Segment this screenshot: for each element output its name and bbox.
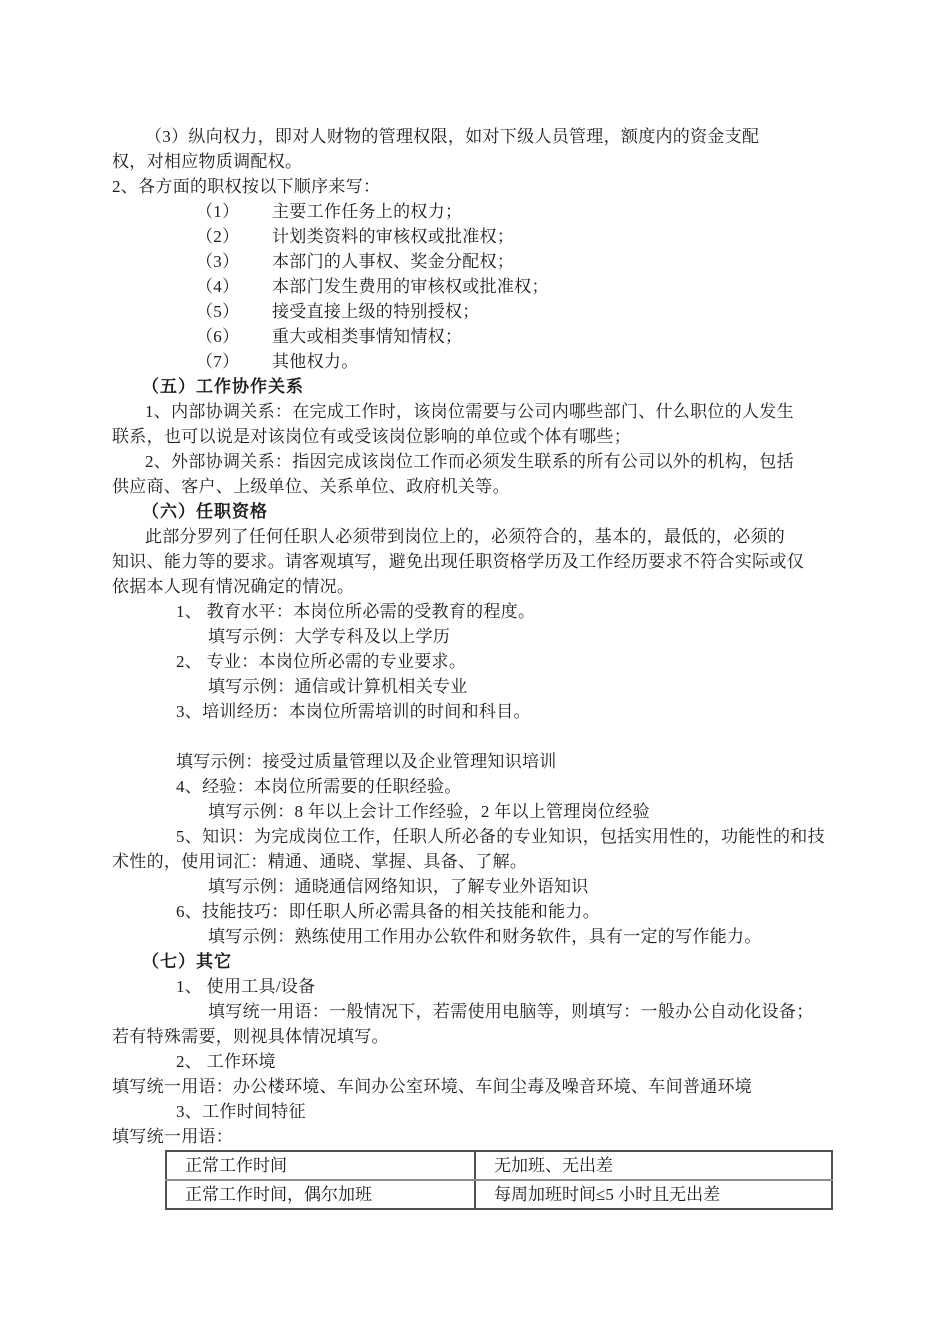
table-row: 正常工作时间无加班、无出差 [166,1151,832,1180]
text-line: 填写统一用语： [112,1124,839,1149]
table-row: 正常工作时间，偶尔加班每周加班时间≤5 小时且无出差 [166,1180,832,1209]
list-item-text: 本部门发生费用的审核权或批准权； [272,277,549,296]
text-line: 填写统一用语：办公楼环境、车间办公室环境、车间尘毒及噪音环境、车间普通环境 [112,1074,839,1099]
text-line: 4、经验：本岗位所需要的任职经验。 [112,774,839,799]
work-time-table-body: 正常工作时间无加班、无出差正常工作时间，偶尔加班每周加班时间≤5 小时且无出差 [166,1151,832,1209]
text-line: 此部分罗列了任何任职人必须带到岗位上的，必须符合的，基本的，最低的，必须的 [112,524,839,549]
text-line: 填写示例：通晓通信网络知识，了解专业外语知识 [112,874,839,899]
section-heading: （六）任职资格 [112,499,839,524]
list-item-text: 其他权力。 [272,352,359,371]
text-line: 填写示例：通信或计算机相关专业 [112,674,839,699]
list-item-text: 主要工作任务上的权力； [272,202,462,221]
text-line: （2）计划类资料的审核权或批准权； [112,224,839,249]
section-heading: （七）其它 [112,949,839,974]
list-number: （5） [196,299,272,324]
text-line: （4）本部门发生费用的审核权或批准权； [112,274,839,299]
list-number: （2） [196,224,272,249]
table-cell: 每周加班时间≤5 小时且无出差 [475,1180,832,1209]
list-number: （3） [196,249,272,274]
text-line: 填写示例：熟练使用工作用办公软件和财务软件，具有一定的写作能力。 [112,924,839,949]
table-cell: 无加班、无出差 [475,1151,832,1180]
text-line [112,724,839,749]
text-line: 2、 工作环境 [112,1049,839,1074]
text-line: 联系，也可以说是对该岗位有或受该岗位影响的单位或个体有哪些； [112,424,839,449]
text-line: 知识、能力等的要求。请客观填写，避免出现任职资格学历及工作经历要求不符合实际或仅 [112,549,839,574]
text-line: 3、培训经历：本岗位所需培训的时间和科目。 [112,699,839,724]
text-line: 1、内部协调关系：在完成工作时，该岗位需要与公司内哪些部门、什么职位的人发生 [112,399,839,424]
text-line: 填写统一用语：一般情况下，若需使用电脑等，则填写：一般办公自动化设备； [112,999,839,1024]
text-line: 供应商、客户、上级单位、关系单位、政府机关等。 [112,474,839,499]
text-line: 依据本人现有情况确定的情况。 [112,574,839,599]
text-line: 填写示例：接受过质量管理以及企业管理知识培训 [112,749,839,774]
text-line: 权，对相应物质调配权。 [112,149,839,174]
text-line: 术性的，使用词汇：精通、通晓、掌握、具备、了解。 [112,849,839,874]
table-cell: 正常工作时间 [166,1151,475,1180]
text-lines-container: （3）纵向权力，即对人财物的管理权限，如对下级人员管理，额度内的资金支配权，对相… [112,124,839,1149]
text-line: 1、 使用工具/设备 [112,974,839,999]
text-line: 2、外部协调关系：指因完成该岗位工作而必须发生联系的所有公司以外的机构，包括 [112,449,839,474]
text-line: 5、知识：为完成岗位工作，任职人所必备的专业知识，包括实用性的，功能性的和技 [112,824,839,849]
list-number: （7） [196,349,272,374]
document-body: （3）纵向权力，即对人财物的管理权限，如对下级人员管理，额度内的资金支配权，对相… [112,124,839,1210]
text-line: （3）本部门的人事权、奖金分配权； [112,249,839,274]
list-number: （1） [196,199,272,224]
text-line: 6、技能技巧：即任职人所必需具备的相关技能和能力。 [112,899,839,924]
text-line: （5）接受直接上级的特别授权； [112,299,839,324]
text-line: 1、 教育水平：本岗位所必需的受教育的程度。 [112,599,839,624]
list-item-text: 计划类资料的审核权或批准权； [272,227,514,246]
list-number: （6） [196,324,272,349]
text-line: 2、 专业：本岗位所必需的专业要求。 [112,649,839,674]
text-line: （1）主要工作任务上的权力； [112,199,839,224]
text-line: 填写示例：8 年以上会计工作经验，2 年以上管理岗位经验 [112,799,839,824]
list-item-text: 接受直接上级的特别授权； [272,302,480,321]
list-item-text: 重大或相类事情知情权； [272,327,462,346]
document-page: （3）纵向权力，即对人财物的管理权限，如对下级人员管理，额度内的资金支配权，对相… [0,0,950,1344]
text-line: 若有特殊需要，则视具体情况填写。 [112,1024,839,1049]
text-line: 填写示例：大学专科及以上学历 [112,624,839,649]
text-line: （7）其他权力。 [112,349,839,374]
text-line: （6）重大或相类事情知情权； [112,324,839,349]
list-item-text: 本部门的人事权、奖金分配权； [272,252,514,271]
text-line: 3、工作时间特征 [112,1099,839,1124]
text-line: （3）纵向权力，即对人财物的管理权限，如对下级人员管理，额度内的资金支配 [112,124,839,149]
section-heading: （五）工作协作关系 [112,374,839,399]
list-number: （4） [196,274,272,299]
table-cell: 正常工作时间，偶尔加班 [166,1180,475,1209]
text-line: 2、各方面的职权按以下顺序来写： [112,174,839,199]
work-time-table: 正常工作时间无加班、无出差正常工作时间，偶尔加班每周加班时间≤5 小时且无出差 [165,1150,833,1210]
